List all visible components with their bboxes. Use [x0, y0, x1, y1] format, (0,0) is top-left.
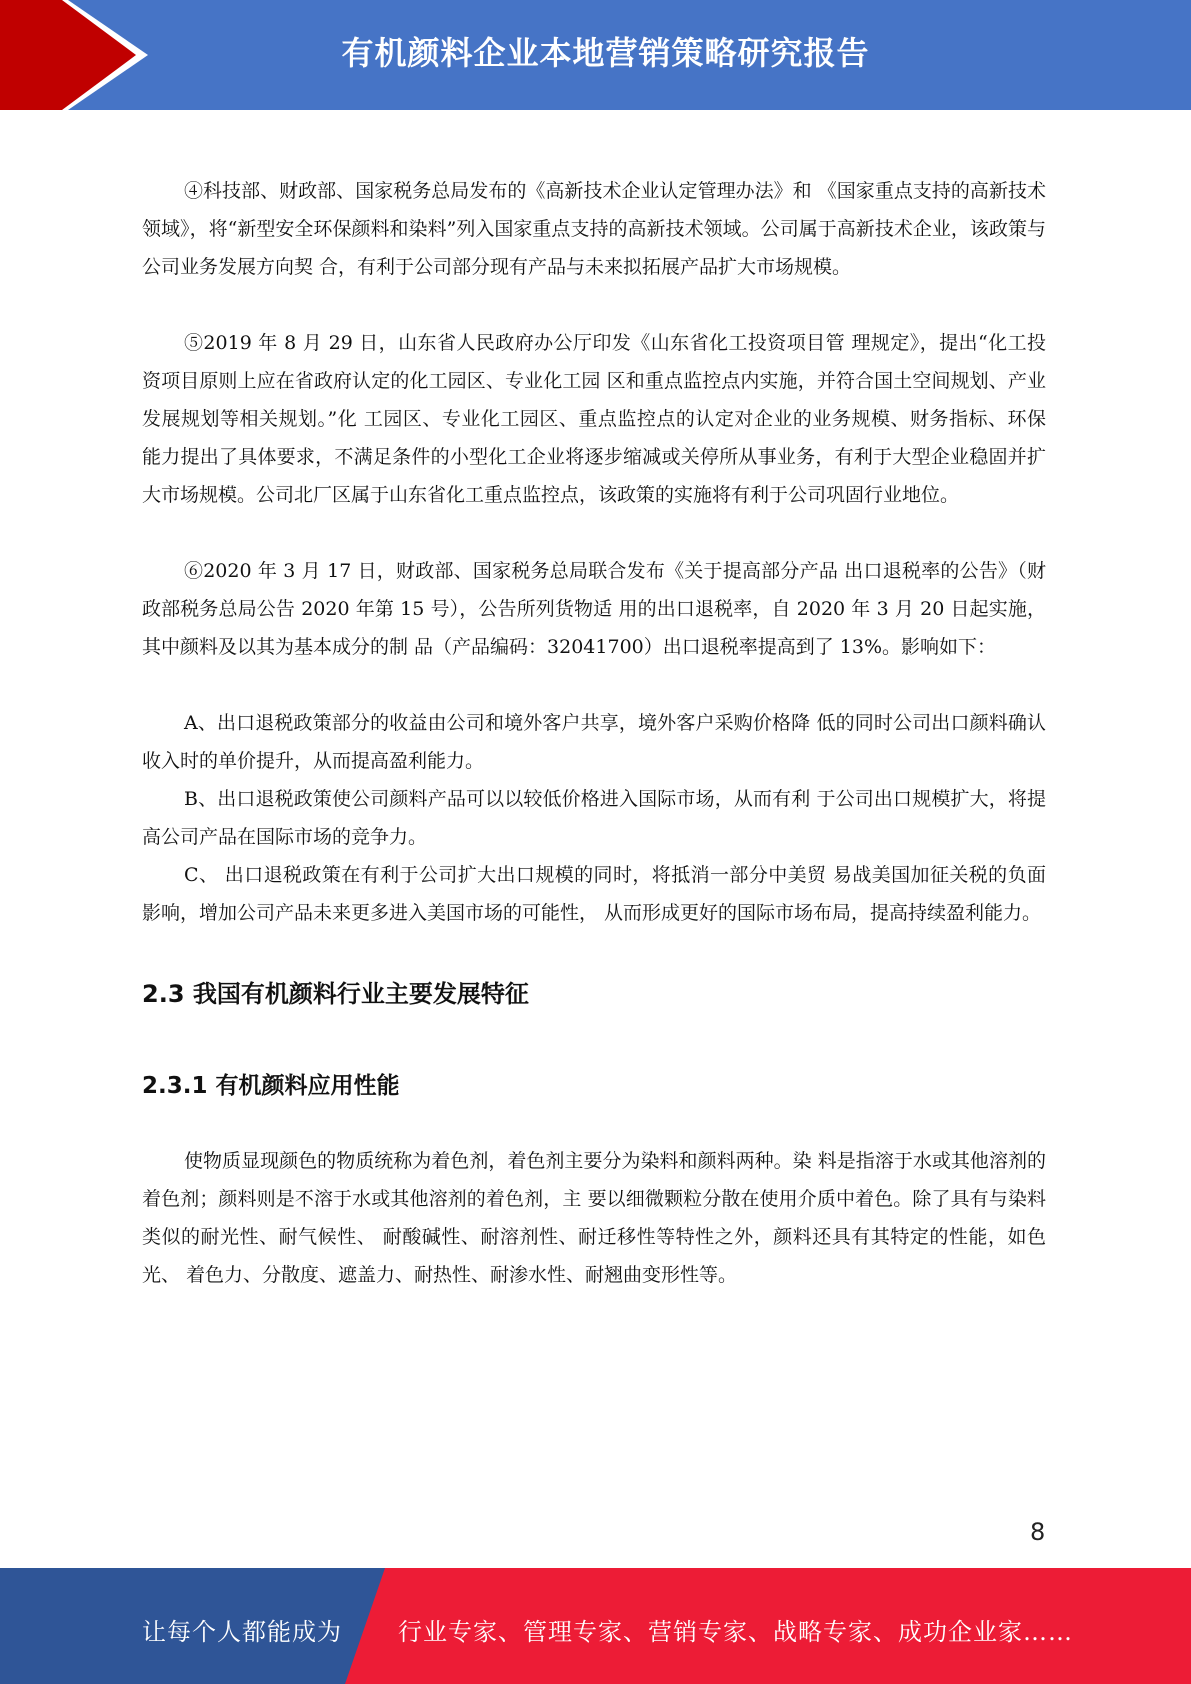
policy-paragraph-6: ⑥2020 年 3 月 17 日，财政部、国家税务总局联合发布《关于提高部分产品…	[142, 552, 1046, 666]
page-number: 8	[1030, 1518, 1045, 1546]
impact-b: B、出口退税政策使公司颜料产品可以以较低价格进入国际市场，从而有利 于公司出口规…	[142, 780, 1046, 856]
footer-slogan-right: 行业专家、管理专家、营销专家、战略专家、成功企业家……	[398, 1612, 1073, 1647]
page-footer: 让每个人都能成为 行业专家、管理专家、营销专家、战略专家、成功企业家……	[0, 1568, 1191, 1684]
section-heading-2-3-1: 2.3.1 有机颜料应用性能	[142, 1067, 1046, 1100]
section-heading-2-3: 2.3 我国有机颜料行业主要发展特征	[142, 974, 1046, 1009]
impact-c: C、 出口退税政策在有利于公司扩大出口规模的同时，将抵消一部分中美贸 易战美国加…	[142, 856, 1046, 932]
page-header: 有机颜料企业本地营销策略研究报告	[0, 0, 1191, 110]
impact-a: A、出口退税政策部分的收益由公司和境外客户共享，境外客户采购价格降 低的同时公司…	[142, 704, 1046, 780]
document-body: ④科技部、财政部、国家税务总局发布的《高新技术企业认定管理办法》和 《国家重点支…	[142, 172, 1046, 1294]
report-title: 有机颜料企业本地营销策略研究报告	[0, 28, 1191, 74]
policy-paragraph-4: ④科技部、财政部、国家税务总局发布的《高新技术企业认定管理办法》和 《国家重点支…	[142, 172, 1046, 286]
colorant-paragraph: 使物质显现颜色的物质统称为着色剂，着色剂主要分为染料和颜料两种。染 料是指溶于水…	[142, 1142, 1046, 1294]
policy-paragraph-5: ⑤2019 年 8 月 29 日，山东省人民政府办公厅印发《山东省化工投资项目管…	[142, 324, 1046, 514]
footer-slogan-left: 让每个人都能成为	[142, 1612, 342, 1647]
